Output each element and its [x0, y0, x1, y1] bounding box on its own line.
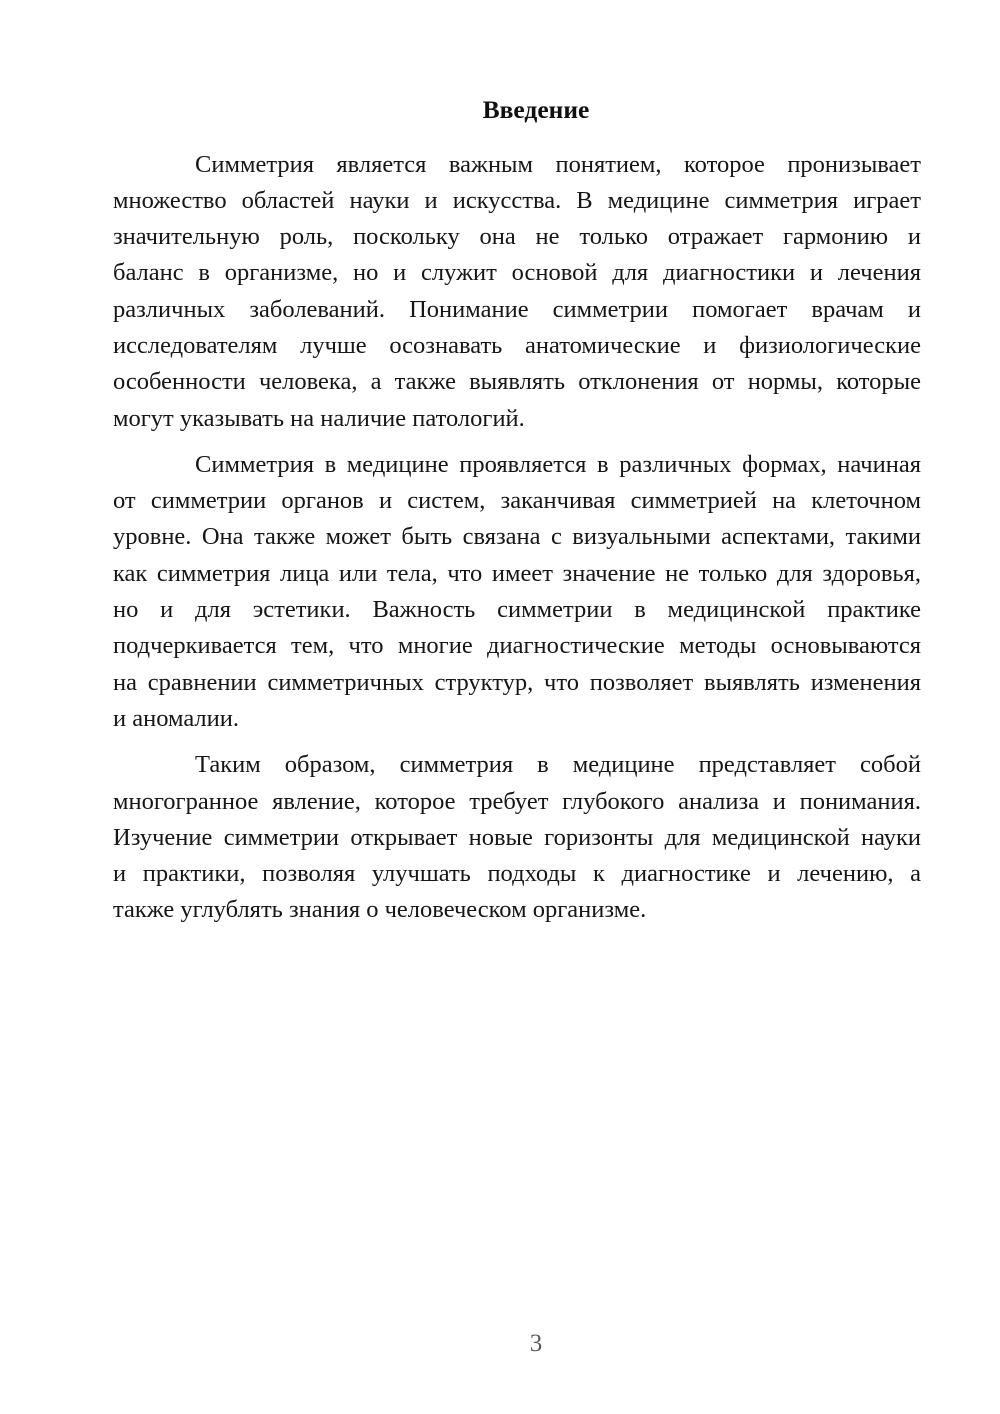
text-line: уровне. Она также может быть связана с в…: [113, 519, 921, 555]
text-line: значительную роль, поскольку она не толь…: [113, 219, 921, 255]
text-line: от симметрии органов и систем, заканчива…: [113, 483, 921, 519]
text-line: и аномалии.: [113, 701, 921, 737]
text-line: Симметрия является важным понятием, кото…: [113, 147, 921, 183]
paragraph: Таким образом, симметрия в медицине пред…: [113, 747, 921, 928]
text-line: исследователям лучше осознавать анатомич…: [113, 328, 921, 364]
text-line: Таким образом, симметрия в медицине пред…: [113, 747, 921, 783]
document-page: Введение Симметрия является важным понят…: [0, 0, 1000, 1414]
page-title: Введение: [132, 92, 940, 129]
text-line: Изучение симметрии открывает новые гориз…: [113, 820, 921, 856]
text-line: баланс в организме, но и служит основой …: [113, 255, 921, 291]
document-body: Симметрия является важным понятием, кото…: [113, 147, 921, 929]
paragraph: Симметрия является важным понятием, кото…: [113, 147, 921, 437]
text-line: множество областей науки и искусства. В …: [113, 183, 921, 219]
text-line: и практики, позволяя улучшать подходы к …: [113, 856, 921, 892]
text-line: различных заболеваний. Понимание симметр…: [113, 292, 921, 328]
text-line: многогранное явление, которое требует гл…: [113, 784, 921, 820]
document-content: Введение Симметрия является важным понят…: [113, 92, 921, 939]
text-line: также углублять знания о человеческом ор…: [113, 892, 921, 928]
text-line: подчеркивается тем, что многие диагности…: [113, 628, 921, 664]
text-line: как симметрия лица или тела, что имеет з…: [113, 556, 921, 592]
paragraph: Симметрия в медицине проявляется в разли…: [113, 447, 921, 737]
text-line: Симметрия в медицине проявляется в разли…: [113, 447, 921, 483]
text-line: особенности человека, а также выявлять о…: [113, 364, 921, 400]
text-line: на сравнении симметричных структур, что …: [113, 665, 921, 701]
page-number: 3: [530, 1326, 543, 1362]
text-line: но и для эстетики. Важность симметрии в …: [113, 592, 921, 628]
text-line: могут указывать на наличие патологий.: [113, 401, 921, 437]
